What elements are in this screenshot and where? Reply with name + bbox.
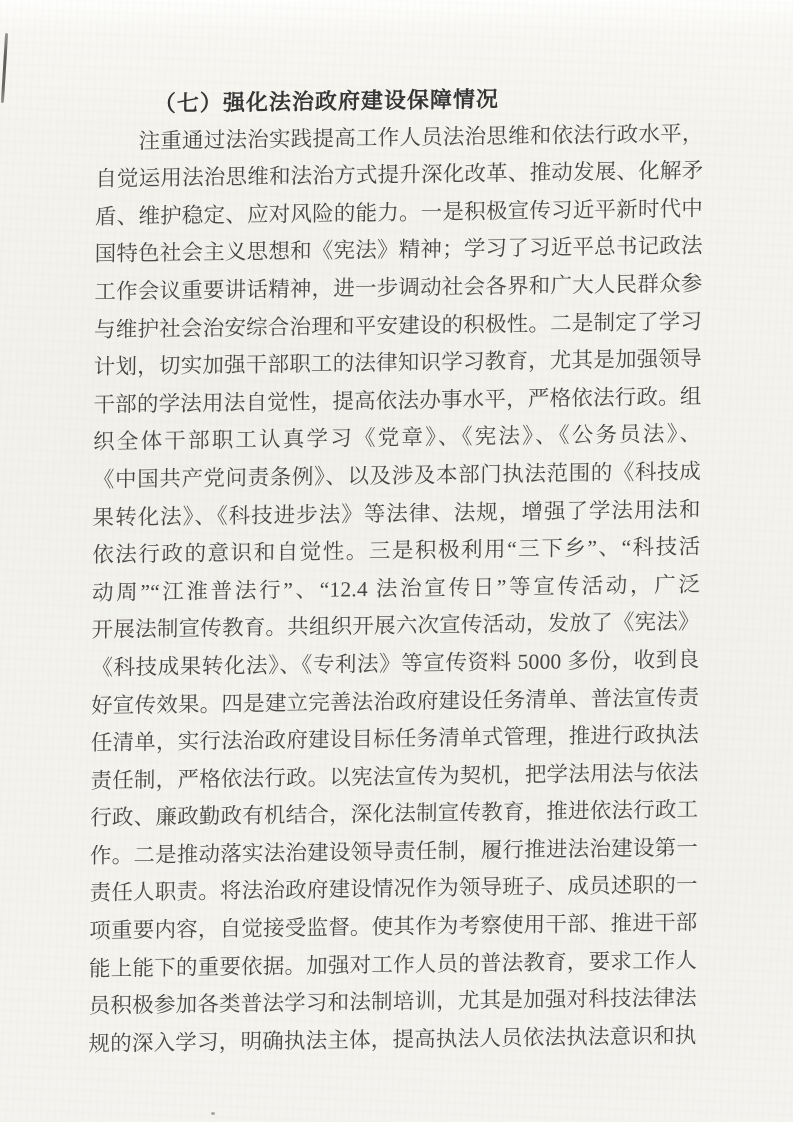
paragraph-line: 规的深入学习，明确执法主体，提高执法人员依法执法意识和执 [88, 1017, 696, 1063]
scan-artifact-streak [1, 33, 8, 103]
document-content: （七）强化法治政府建设保障情况 注重通过法治实践提高工作人员法治思维和依法行政水… [88, 78, 704, 1064]
scan-artifact-speck [211, 1112, 215, 1115]
paragraph: 注重通过法治实践提高工作人员法治思维和依法行政水平，自觉运用法治思维和法治方式提… [88, 115, 703, 1063]
document-page: （七）强化法治政府建设保障情况 注重通过法治实践提高工作人员法治思维和依法行政水… [0, 0, 793, 1122]
